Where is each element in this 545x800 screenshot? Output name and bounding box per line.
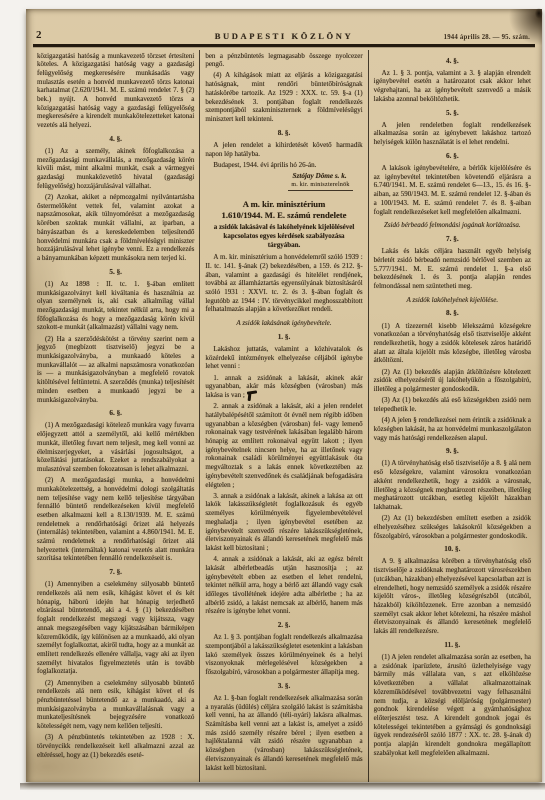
- paragraph: (2) Amennyiben a cselekmény súlyosabb bü…: [37, 679, 194, 731]
- text-columns: közigazgatási hatóság a munkavezető törz…: [32, 50, 536, 782]
- paragraph: 4. annak a zsidónak a lakását, aki az eg…: [205, 555, 362, 616]
- column: 4. §.Az 1. § 3. pontja, valamint a 3. § …: [368, 50, 536, 782]
- paragraph: (1) A mezőgazdasági kötelező munkára vag…: [37, 421, 194, 473]
- header-rule: [33, 44, 535, 47]
- paragraph: (1) Az a személy, akinek főfoglalkozása …: [37, 147, 194, 191]
- signature-name: Sztójay Döme s. k.: [205, 172, 346, 181]
- paragraph: A jelen rendeletben foglalt rendelkezése…: [374, 121, 531, 147]
- paragraph: (2) Ha a szerződéskötést a törvény szeri…: [37, 335, 194, 405]
- section-heading: 8. §.: [205, 129, 362, 138]
- paragraph: Az 1. § 3. pontja, valamint a 3. § alapj…: [374, 69, 531, 104]
- section-heading: 9. §.: [374, 447, 531, 456]
- scanned-page: 2 BUDAPESTI KÖZLÖNY 1944 április 28. — 9…: [0, 0, 545, 800]
- decree-title: A m. kir. minisztérium: [205, 199, 362, 210]
- column: közigazgatási hatóság a munkavezető törz…: [32, 50, 199, 782]
- section-heading: 1. §.: [205, 333, 362, 342]
- decree-title: 1.610/1944. M. E. számú rendelete: [205, 210, 362, 221]
- paragraph: 1. annak a zsidónak a lakását, akinek ak…: [205, 374, 362, 400]
- section-heading: 7. §.: [374, 235, 531, 244]
- section-heading: 6. §.: [37, 409, 194, 418]
- paragraph: Lakáshoz juttatás, valamint a közhivatal…: [205, 345, 362, 371]
- section-heading: 10. §.: [374, 545, 531, 554]
- paragraph: A lakások igénybevételére, a bérlők kije…: [374, 164, 531, 216]
- paragraph: (3) A pénzbüntetés tekintetében az 1928 …: [37, 733, 194, 759]
- section-heading: 5. §.: [37, 268, 194, 277]
- paragraph: Az 1. §-ban foglalt rendelkezések alkalm…: [205, 694, 362, 772]
- section-heading: 4. §.: [374, 57, 531, 66]
- section-heading: 11. §.: [374, 641, 531, 650]
- paragraph-continuation: ben a pénzbüntetés legmagasabb összege n…: [205, 52, 362, 69]
- paragraph: Budapest, 1944. évi április hó 26-án.: [205, 161, 362, 170]
- subsection-heading: Zsidó bérbeadó felmondási jogának korlát…: [374, 221, 531, 230]
- paragraph: Lakás és lakás céljára használt egyéb he…: [374, 247, 531, 291]
- ink-smudge: [247, 391, 258, 401]
- gazette-page: 2 BUDAPESTI KÖZLÖNY 1944 április 28. — 9…: [26, 9, 542, 782]
- section-heading: 2. §.: [205, 621, 362, 630]
- paragraph: 3. annak a zsidónak a lakását, akinek a …: [205, 492, 362, 553]
- subsection-heading: A zsidók lakóhelyének kijelölése.: [374, 296, 531, 305]
- paragraph: (3) Az (1) bekezdés alá eső községekben …: [374, 396, 531, 413]
- decree-subtitle: a zsidók lakásával és lakóhelyének kijel…: [207, 223, 360, 249]
- paragraph: (1) A törvényhatóság első tisztviselője …: [374, 459, 531, 511]
- paragraph: A jelen rendelet a kihirdetését követő h…: [205, 141, 362, 158]
- paragraph: A m. kir. minisztérium a honvédelemről s…: [205, 253, 362, 314]
- page-bottom-shadow: [20, 783, 545, 790]
- section-heading: 7. §.: [37, 568, 194, 577]
- paragraph: (4) A kihágások miatt az eljárás a közig…: [205, 71, 362, 123]
- paragraph: (2) A mezőgazdasági munka, a honvédelmi …: [37, 476, 194, 563]
- paragraph: (1) A jelen rendelet alkalmazása során a…: [374, 653, 531, 757]
- page-header: 2 BUDAPESTI KÖZLÖNY 1944 április 28. — 9…: [34, 18, 534, 42]
- paragraph: Az 1. § 3. pontjában foglalt rendelkezés…: [205, 633, 362, 677]
- subsection-heading: A zsidók lakásának igénybevétele.: [205, 319, 362, 328]
- paragraph: (1) A tízezernél kisebb lélekszámú közsé…: [374, 322, 531, 366]
- column: ben a pénzbüntetés legmagasabb összege n…: [199, 50, 367, 782]
- paragraph-continuation: közigazgatási hatóság a munkavezető törz…: [37, 52, 194, 130]
- paragraph: (1) Amennyiben a cselekmény súlyosabb bü…: [37, 580, 194, 676]
- paragraph: (1) Az 1898 : II. tc. 1. §-ában említett…: [37, 280, 194, 332]
- paragraph: (2) Az (1) bekezdésben említett esetben …: [374, 514, 531, 540]
- page-curl-shadow: [509, 8, 543, 52]
- paragraph: (4) A jelen § rendelkezései nem érintik …: [374, 416, 531, 442]
- paragraph: A 9. § alkalmazása körében a törvényható…: [374, 557, 531, 635]
- signature-role: m. kir. miniszterelnök: [288, 181, 352, 192]
- paragraph: (2) Az (1) bekezdés alapján átköltözésre…: [374, 368, 531, 394]
- paragraph: (2) Azokat, akiket a népmozgalmi nyilván…: [37, 193, 194, 263]
- section-heading: 3. §.: [205, 682, 362, 691]
- paragraph: 2. annak a zsidónak a lakását, aki a jel…: [205, 402, 362, 489]
- section-heading: 5. §.: [374, 109, 531, 118]
- section-heading: 6. §.: [374, 152, 531, 161]
- section-heading: 4. §.: [37, 135, 194, 144]
- section-heading: 8. §.: [374, 309, 531, 318]
